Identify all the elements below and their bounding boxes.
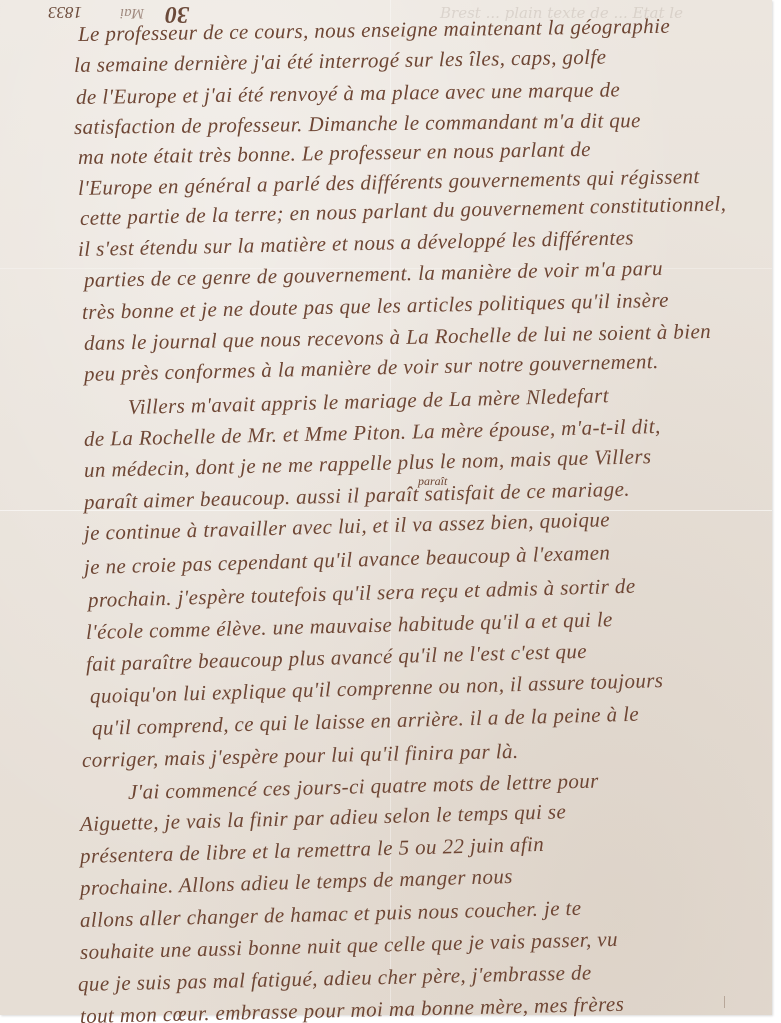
- letter-line: satisfaction de professeur. Dimanche le …: [74, 108, 641, 140]
- letter-line: parties de ce genre de gouvernement. la …: [84, 256, 663, 293]
- letter-line: corriger, mais j'espère pour lui qu'il f…: [82, 739, 519, 773]
- month-note: Mai: [120, 4, 144, 21]
- letter-line: ma note était très bonne. Le professeur …: [78, 137, 591, 170]
- letter-line: allons aller changer de hamac et puis no…: [80, 896, 582, 933]
- letter-line: tout mon cœur. embrasse pour moi ma bonn…: [80, 992, 625, 1023]
- letter-line: très bonne et je ne doute pas que les ar…: [82, 288, 669, 325]
- letter-line: souhaite une aussi bonne nuit que celle …: [80, 927, 618, 965]
- pencil-mark: [724, 996, 725, 1008]
- letter-line: je ne croie pas cependant qu'il avance b…: [84, 540, 611, 580]
- letter-line: présentera de libre et la remettra le 5 …: [80, 832, 545, 869]
- letter-line: Aiguette, je vais la finir par adieu sel…: [80, 799, 567, 837]
- year-note: 1833: [48, 2, 82, 22]
- letter-line: qu'il comprend, ce qui le laisse en arri…: [92, 702, 640, 741]
- letter-line: peu près conformes à la manière de voir …: [84, 349, 659, 387]
- letter-line: de l'Europe et j'ai été renvoyé à ma pla…: [76, 77, 620, 110]
- letter-line: Villers m'avait appris le mariage de La …: [128, 383, 610, 420]
- letter-page: Brest ... plain texte de ... Etat le 183…: [0, 0, 772, 1015]
- letter-line: il s'est étendu sur la matière et nous a…: [78, 225, 634, 262]
- letter-line: que je suis pas mal fatigué, adieu cher …: [78, 960, 592, 997]
- letter-line: prochaine. Allons adieu le temps de mang…: [80, 864, 513, 901]
- letter-line: la semaine dernière j'ai été interrogé s…: [74, 45, 607, 78]
- letter-line: prochain. j'espère toutefois qu'il sera …: [88, 574, 636, 613]
